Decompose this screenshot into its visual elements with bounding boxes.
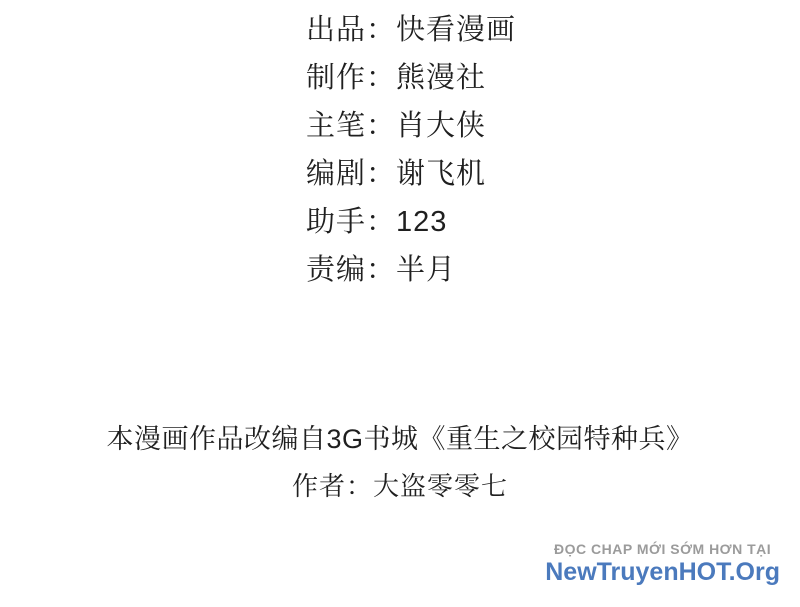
credit-line-editor: 责编：半月 [306, 246, 516, 294]
adaptation-source-line: 本漫画作品改编自3G书城《重生之校园特种兵》 [0, 417, 800, 456]
credit-line-studio: 制作：熊漫社 [306, 54, 516, 102]
watermark-site-url: NewTruyenHOT.Org [545, 558, 780, 587]
credit-line-lead-artist: 主笔：肖大侠 [306, 102, 516, 150]
manga-credits-page: { "page": { "background": "#ffffff", "te… [0, 0, 800, 607]
credit-line-producer: 出品：快看漫画 [306, 6, 516, 54]
adaptation-author-line: 作者：大盗零零七 [0, 466, 800, 503]
credit-line-screenwriter: 编剧：谢飞机 [306, 150, 516, 198]
credit-line-assistant: 助手：123 [306, 198, 516, 246]
watermark-tagline: ĐỌC CHAP MỚI SỚM HƠN TẠI [545, 541, 780, 557]
site-watermark: ĐỌC CHAP MỚI SỚM HƠN TẠI NewTruyenHOT.Or… [545, 541, 780, 587]
credits-block: 出品：快看漫画 制作：熊漫社 主笔：肖大侠 编剧：谢飞机 助手：123 责编：半… [306, 6, 516, 294]
